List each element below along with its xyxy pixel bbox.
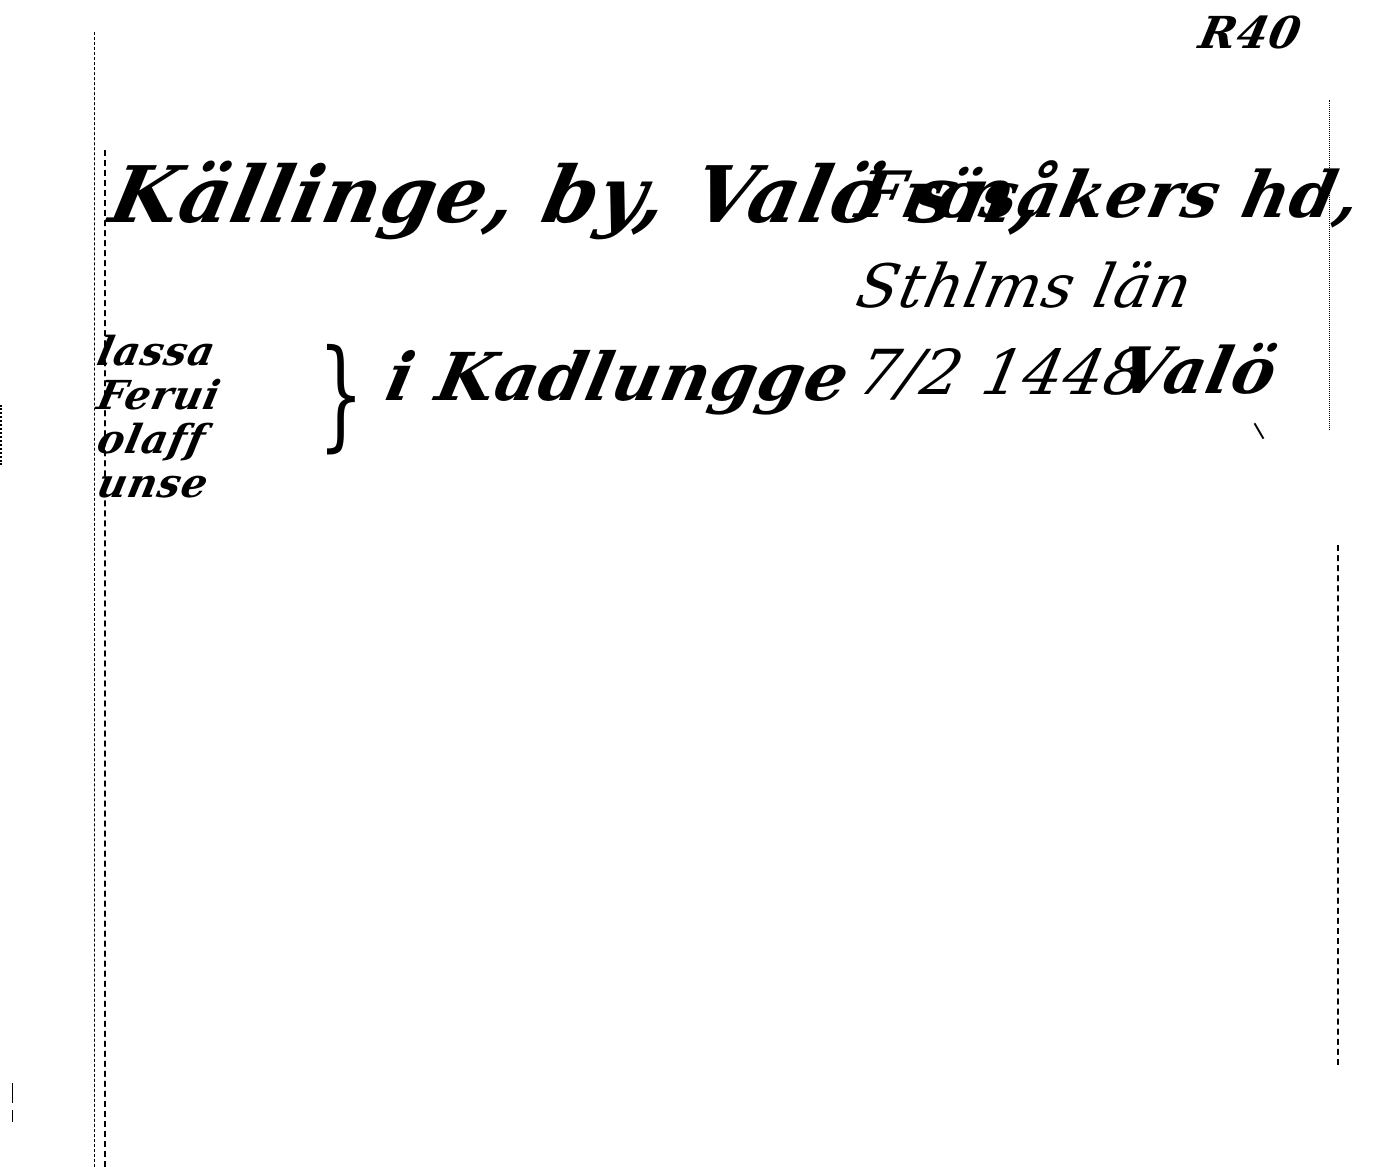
- right-margin-line-top: [1329, 100, 1330, 430]
- grouping-brace: }: [318, 335, 364, 455]
- left-margin-line-inner: [104, 150, 106, 1167]
- entry-name: olaff: [93, 418, 322, 462]
- heading-district: Frösåkers hd,: [850, 158, 1368, 233]
- edge-mark: [12, 1083, 13, 1103]
- entry-date: 7/2 1448: [852, 336, 1153, 409]
- edge-dots: [0, 405, 4, 465]
- entry-name: Ferui: [93, 374, 322, 418]
- left-margin-line: [94, 32, 95, 1167]
- card-reference: R40: [1195, 8, 1307, 59]
- heading-county: Sthlms län: [851, 252, 1199, 322]
- index-card: R40 Källinge, by, Valö sn, Frösåkers hd,…: [0, 0, 1374, 1167]
- pen-tick-mark: [1254, 423, 1265, 440]
- entry-names-list: lassa Ferui olaff unse: [98, 330, 318, 506]
- edge-mark: [12, 1110, 13, 1122]
- entry-name: lassa: [93, 330, 322, 374]
- entry-name: unse: [93, 462, 322, 506]
- entry-source-place: Valö: [1112, 334, 1284, 409]
- right-margin-line-bottom: [1337, 545, 1339, 1065]
- entry-location: i Kadlungge: [380, 338, 857, 416]
